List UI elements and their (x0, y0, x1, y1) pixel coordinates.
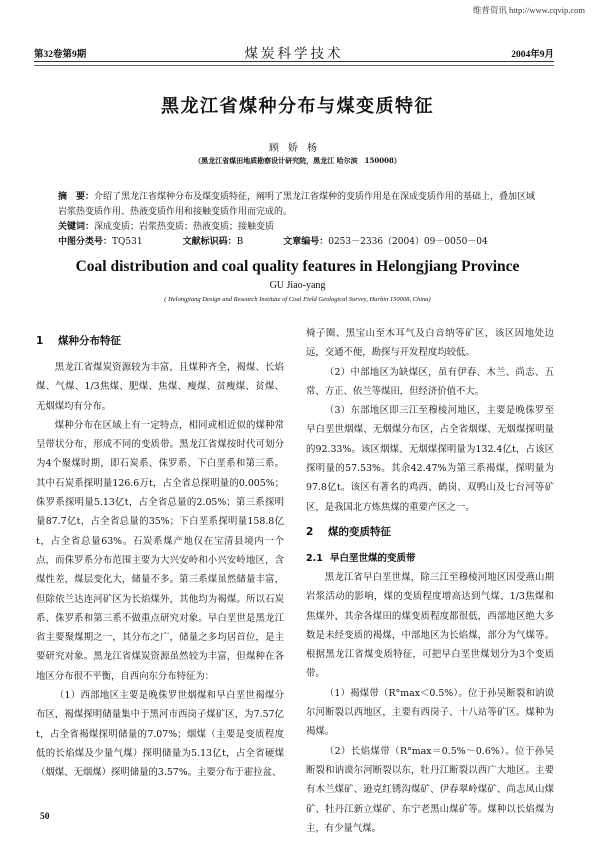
article-no-value: 0253－2336（2004）09－0050－04 (328, 237, 488, 247)
keywords-text: 深成变质；岩浆热变质；热液变质；接触变质 (94, 222, 274, 232)
paragraph: 椅子圈、黑宝山至木耳气及白音纳等矿区，该区因地处边远，交通不便，勘探与开发程度均… (306, 324, 554, 363)
section-title: 煤的变质特征 (328, 526, 391, 538)
paragraph: （1）褐煤带（R°max＜0.5%）。位于孙吴断裂和讷谟尔河断裂以西地区，主要有… (306, 684, 554, 742)
paragraph: 黑龙江省煤炭资源较为丰富，且煤种齐全，褐煤、长焰煤、气煤、1/3焦煤、肥煤、焦煤… (36, 358, 284, 416)
abstract: 摘 要：介绍了黑龙江省煤种分布及煤变质特征，阐明了黑龙江省煤种的变质作用是在深成… (58, 190, 543, 220)
abstract-text: 介绍了黑龙江省煤种分布及煤变质特征，阐明了黑龙江省煤种的变质作用是在深成变质作用… (58, 192, 535, 217)
clc-label: 中图分类号： (58, 237, 112, 247)
article-title-cn: 黑龙江省煤种分布与煤变质特征 (0, 92, 595, 118)
paragraph: （2）长焰煤带（R°max＝0.5%～0.6%）。位于孙吴断裂和讷谟尔河断裂以东… (306, 742, 554, 838)
article-title-en: Coal distribution and coal quality featu… (0, 258, 595, 276)
paragraph: （3）东部地区即三江至穆棱河地区，主要是晚侏罗至早白垩世烟煤、无烟煤分布区，占全… (306, 401, 554, 517)
section-heading-2: 2煤的变质特征 (306, 521, 554, 543)
clc-value: TQ531 (112, 237, 143, 247)
paragraph: （1）西部地区主要是晚侏罗世烟煤和早白垩世褐煤分布区，褐煤探明储量集中于黑河市西… (36, 686, 284, 782)
keywords: 关键词：深成变质；岩浆热变质；热液变质；接触变质 (58, 220, 543, 235)
paragraph: （2）中部地区为缺煤区，虽有伊春、木兰、尚志、五常、方正、依兰等煤田，但经济价值… (306, 363, 554, 402)
abstract-label: 摘 要： (58, 192, 94, 202)
section-number: 1 (36, 330, 58, 352)
classification-row: 中图分类号：TQ531 文献标识码：B 文章编号：0253－2336（2004）… (58, 235, 543, 250)
running-header: 第32卷第9期 煤炭科学技术 2004年9月 (34, 42, 554, 62)
author-cn: 顾娇杨 (0, 139, 595, 154)
section-number: 2 (306, 521, 328, 543)
author-en: GU Jiao-yang (0, 280, 595, 291)
doc-code-label: 文献标识码： (183, 237, 237, 247)
paragraph: 煤种分布在区域上有一定特点，相同或相近似的煤种常呈带状分布，形成不同的变质带。黑… (36, 416, 284, 686)
journal-name: 煤炭科学技术 (34, 42, 554, 62)
watermark: 维普资讯 http://www.cqvip.com (473, 4, 585, 16)
right-column: 椅子圈、黑宝山至木耳气及白音纳等矿区，该区因地处边远，交通不便，勘探与开发程度均… (306, 324, 554, 838)
subsection-number: 2.1 (306, 549, 330, 568)
header-rule (34, 61, 554, 66)
issue-date: 2004年9月 (511, 46, 554, 60)
affiliation-cn: （黑龙江省煤田地质勘察设计研究院，黑龙江 哈尔滨 150008） (0, 156, 595, 166)
abstract-block: 摘 要：介绍了黑龙江省煤种分布及煤变质特征，阐明了黑龙江省煤种的变质作用是在深成… (58, 190, 543, 250)
doc-code-value: B (237, 237, 244, 247)
subsection-title: 早白垩世煤的变质带 (330, 553, 416, 564)
article-no-label: 文章编号： (283, 237, 328, 247)
keywords-label: 关键词： (58, 222, 94, 232)
left-column: 1煤种分布特征 黑龙江省煤炭资源较为丰富，且煤种齐全，褐煤、长焰煤、气煤、1/3… (36, 326, 284, 783)
affiliation-en: ( Helongjiang Design and Research Instit… (0, 296, 595, 303)
page-number: 50 (40, 812, 50, 822)
section-title: 煤种分布特征 (58, 335, 121, 347)
section-heading-1: 1煤种分布特征 (36, 330, 284, 352)
subsection-heading-2-1: 2.1早白垩世煤的变质带 (306, 549, 554, 568)
paragraph: 黑龙江省早白垩世煤，除三江至穆棱河地区因受燕山期岩浆活动的影响，煤的变质程度增高… (306, 568, 554, 684)
